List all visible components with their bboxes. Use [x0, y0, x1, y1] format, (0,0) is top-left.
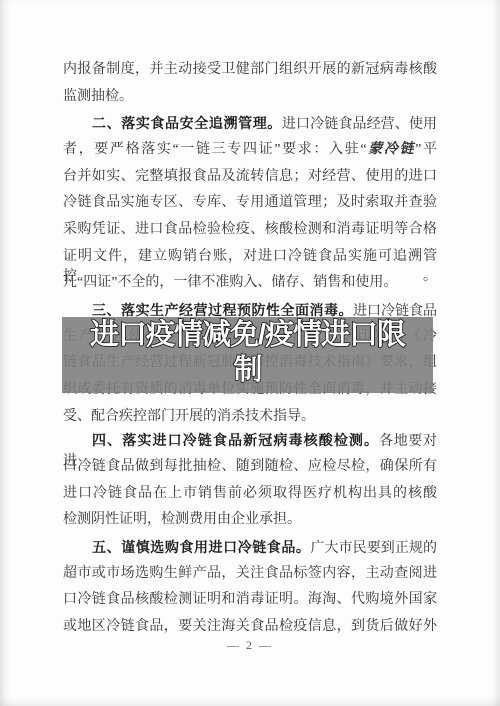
doc-line-text: 内报备制度，并主动接受卫健部门组织开展的新冠病毒核酸 — [63, 62, 437, 77]
doc-line: 监测抽检。 — [63, 87, 437, 107]
doc-line: 台并如实、完整填报食品及流转信息；对经营、使用的进口 — [63, 167, 437, 187]
platform-name: 蒙冷链 — [367, 142, 416, 157]
doc-line-text: 台并如实、完整填报食品及流转信息；对经营、使用的进口 — [63, 169, 437, 184]
doc-line: 进口冷链食品在上市销售前必须取得医疗机构出具的核酸 — [63, 484, 437, 504]
watermark-title-line2: 制 — [62, 353, 433, 387]
doc-line: 者，要严格落实“一链三专四证”要求：入驻“蒙冷链”平 — [63, 140, 437, 160]
doc-section-heading-line: 四、落实进口冷链食品新冠病毒核酸检测。各地要对进 — [63, 430, 437, 450]
doc-line: 内报备制度，并主动接受卫健部门组织开展的新冠病毒核酸 — [63, 60, 437, 80]
doc-line: 受、配合疾控部门开展的消杀技术指导。 — [63, 407, 437, 427]
doc-line-text: 冷链食品实施专区、专库、专用通道管理；及时索取并查验 — [63, 195, 437, 210]
document-page: 内报备制度，并主动接受卫健部门组织开展的新冠病毒核酸 监测抽检。 二、落实食品安… — [0, 0, 500, 706]
doc-section-heading-line: 五、谨慎选购食用进口冷链食品。广大市民要到正规的 — [63, 537, 437, 557]
watermark-overlay: 进口疫情减免/疫情进口限 制 — [62, 317, 433, 393]
doc-line-text: 超市或市场选购生鲜产品，关注食品标签内容，主动查阅进 — [63, 566, 437, 581]
doc-line-text: 受、配合疾控部门开展的消杀技术指导。 — [63, 409, 315, 424]
doc-line: 采购凭证、进口食品检验检疫、核酸检测和消毒证明等合格 — [63, 220, 437, 240]
doc-line-text: ”平 — [415, 142, 437, 157]
doc-line-text: 者，要严格落实“一链三专四证”要求：入驻“ — [63, 142, 367, 157]
section-heading: 四、落实进口冷链食品新冠病毒核酸检测。 — [92, 432, 379, 448]
doc-line: 证明文件，建立购销台账，对进口冷链食品实施可追溯管控。 — [63, 247, 437, 267]
section-heading: 三、落实生产经营过程预防性全面消毒。 — [92, 302, 353, 318]
doc-line-text: 采购凭证、进口食品检验检疫、核酸检测和消毒证明等合格 — [63, 222, 437, 237]
doc-line-text: 广大市民要到正规的 — [310, 541, 437, 556]
page-number: — 2 — — [0, 638, 500, 653]
doc-section-heading-line: 二、落实食品安全追溯管理。进口冷链食品经营、使用 — [63, 113, 437, 133]
doc-line: 凡“四证”不全的，一律不准购入、储存、销售和使用。 — [63, 273, 437, 293]
doc-line-text: 凡“四证”不全的，一律不准购入、储存、销售和使用。 — [63, 275, 397, 290]
doc-line-text: 口冷链食品做到每批抽检、随到随检、应检尽检，确保所有 — [63, 459, 437, 474]
doc-line: 超市或市场选购生鲜产品，关注食品标签内容，主动查阅进 — [63, 564, 437, 584]
watermark-title-line1: 进口疫情减免/疫情进口限 — [62, 318, 433, 352]
section-heading: 二、落实食品安全追溯管理。 — [92, 115, 282, 131]
doc-line-text: 或地区冷链食品，要关注海关食品检疫信息，到货后做好外 — [63, 619, 437, 634]
doc-line-text: 检测阴性证明，检测费用由企业承担。 — [63, 512, 301, 527]
doc-line: 口冷链食品核酸检测证明和消毒证明。海淘、代购境外国家 — [63, 590, 437, 610]
doc-line: 检测阴性证明，检测费用由企业承担。 — [63, 510, 437, 530]
doc-line-text: 口冷链食品核酸检测证明和消毒证明。海淘、代购境外国家 — [63, 592, 437, 607]
doc-line: 口冷链食品做到每批抽检、随到随检、应检尽检，确保所有 — [63, 457, 437, 477]
doc-line: 冷链食品实施专区、专库、专用通道管理；及时索取并查验 — [63, 193, 437, 213]
doc-line-text: 进口冷链食品经营、使用 — [282, 117, 437, 132]
doc-line-text: 监测抽检。 — [63, 89, 133, 104]
section-heading: 五、谨慎选购食用进口冷链食品。 — [92, 539, 310, 555]
doc-line-text: 进口冷链食品在上市销售前必须取得医疗机构出具的核酸 — [63, 486, 437, 501]
doc-line: 或地区冷链食品，要关注海关食品检疫信息，到货后做好外 — [63, 617, 437, 637]
